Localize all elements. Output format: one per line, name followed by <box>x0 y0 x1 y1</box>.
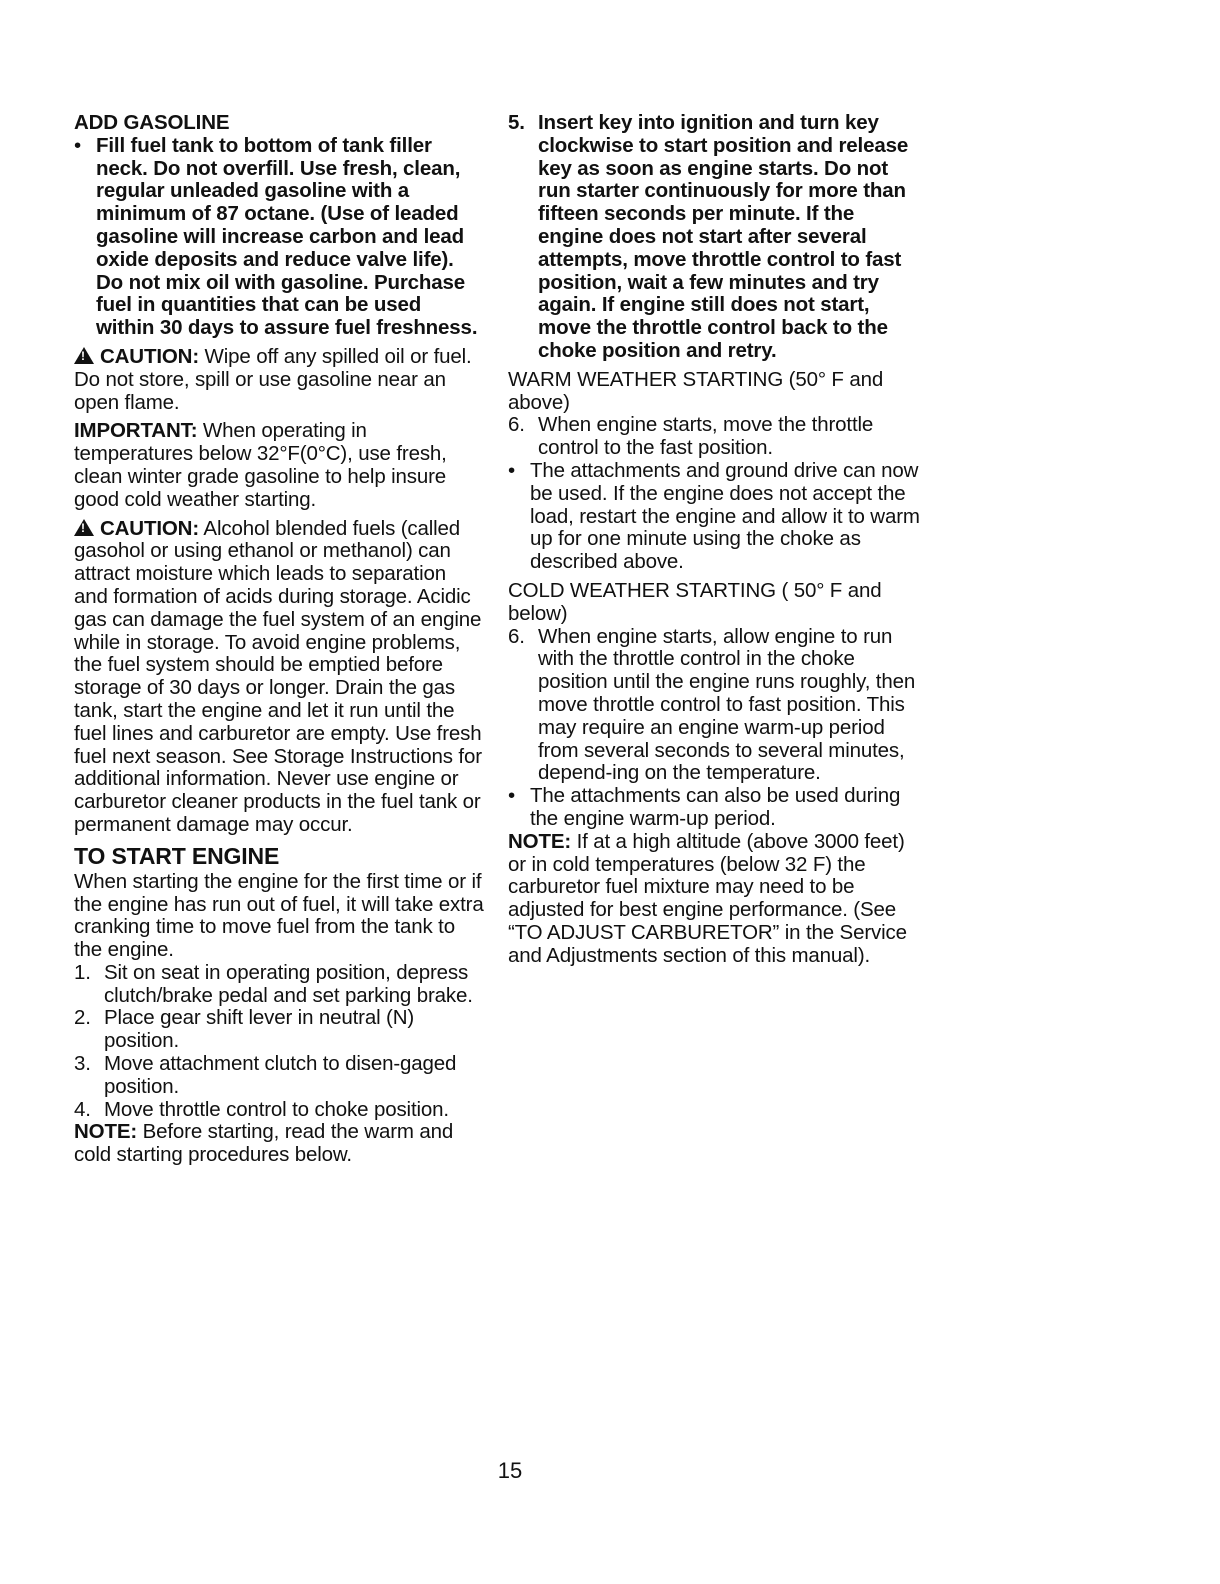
page-number: 15 <box>480 1458 540 1484</box>
cold-bullet: • The attachments can also be used durin… <box>508 785 920 831</box>
step-number: 6. <box>508 626 538 786</box>
bullet-text: The attachments can also be used during … <box>530 785 920 831</box>
warm-weather-heading: WARM WEATHER STARTING (50° F and above) <box>508 369 920 415</box>
bullet-icon: • <box>508 785 530 831</box>
left-column: ADD GASOLINE • Fill fuel tank to bottom … <box>74 112 484 1167</box>
step-text: When engine starts, allow engine to run … <box>538 626 920 786</box>
step-number: 3. <box>74 1053 104 1099</box>
step-4: 4. Move throttle control to choke positi… <box>74 1099 484 1122</box>
caution-alcohol-fuels: CAUTION: Alcohol blended fuels (called g… <box>74 518 484 837</box>
start-engine-note: NOTE: Before starting, read the warm and… <box>74 1121 484 1167</box>
warning-triangle-icon <box>74 519 94 536</box>
important-label: IMPORTANT: <box>74 419 197 442</box>
bullet-text: The attachments and ground drive can now… <box>530 460 920 574</box>
step-text: Insert key into ignition and turn key cl… <box>538 112 920 363</box>
caution-label: CAUTION: <box>100 517 199 540</box>
step-text: Place gear shift lever in neutral (N) po… <box>104 1007 484 1053</box>
step-5: 5. Insert key into ignition and turn key… <box>508 112 920 363</box>
add-gasoline-bullet: • Fill fuel tank to bottom of tank fille… <box>74 135 484 340</box>
caution-wipe-oil: CAUTION: Wipe off any spilled oil or fue… <box>74 346 484 414</box>
bullet-icon: • <box>74 135 96 340</box>
step-number: 5. <box>508 112 538 363</box>
start-engine-heading: TO START ENGINE <box>74 843 484 869</box>
cold-step-6: 6. When engine starts, allow engine to r… <box>508 626 920 786</box>
right-column: 5. Insert key into ignition and turn key… <box>508 112 920 967</box>
warm-step-6: 6. When engine starts, move the throttle… <box>508 414 920 460</box>
warning-triangle-icon <box>74 347 94 364</box>
step-number: 4. <box>74 1099 104 1122</box>
altitude-note: NOTE: If at a high altitude (above 3000 … <box>508 831 920 968</box>
caution-label: CAUTION: <box>100 345 199 368</box>
step-number: 6. <box>508 414 538 460</box>
add-gasoline-heading: ADD GASOLINE <box>74 112 484 135</box>
start-engine-intro: When starting the engine for the first t… <box>74 871 484 962</box>
step-1: 1. Sit on seat in operating position, de… <box>74 962 484 1008</box>
step-number: 2. <box>74 1007 104 1053</box>
step-3: 3. Move attachment clutch to disen-gaged… <box>74 1053 484 1099</box>
step-text: When engine starts, move the throttle co… <box>538 414 920 460</box>
step-text: Move throttle control to choke position. <box>104 1099 449 1122</box>
step-2: 2. Place gear shift lever in neutral (N)… <box>74 1007 484 1053</box>
step-number: 1. <box>74 962 104 1008</box>
bullet-icon: • <box>508 460 530 574</box>
note-label: NOTE: <box>508 830 571 853</box>
cold-weather-heading: COLD WEATHER STARTING ( 50° F and below) <box>508 580 920 626</box>
warm-bullet: • The attachments and ground drive can n… <box>508 460 920 574</box>
step-text: Move attachment clutch to disen-gaged po… <box>104 1053 484 1099</box>
step-text: Sit on seat in operating position, depre… <box>104 962 484 1008</box>
important-note: IMPORTANT: When operating in temperature… <box>74 420 484 511</box>
caution-text: Alcohol blended fuels (called gasohol or… <box>74 517 482 836</box>
add-gasoline-text: Fill fuel tank to bottom of tank filler … <box>96 135 484 340</box>
note-label: NOTE: <box>74 1120 137 1143</box>
